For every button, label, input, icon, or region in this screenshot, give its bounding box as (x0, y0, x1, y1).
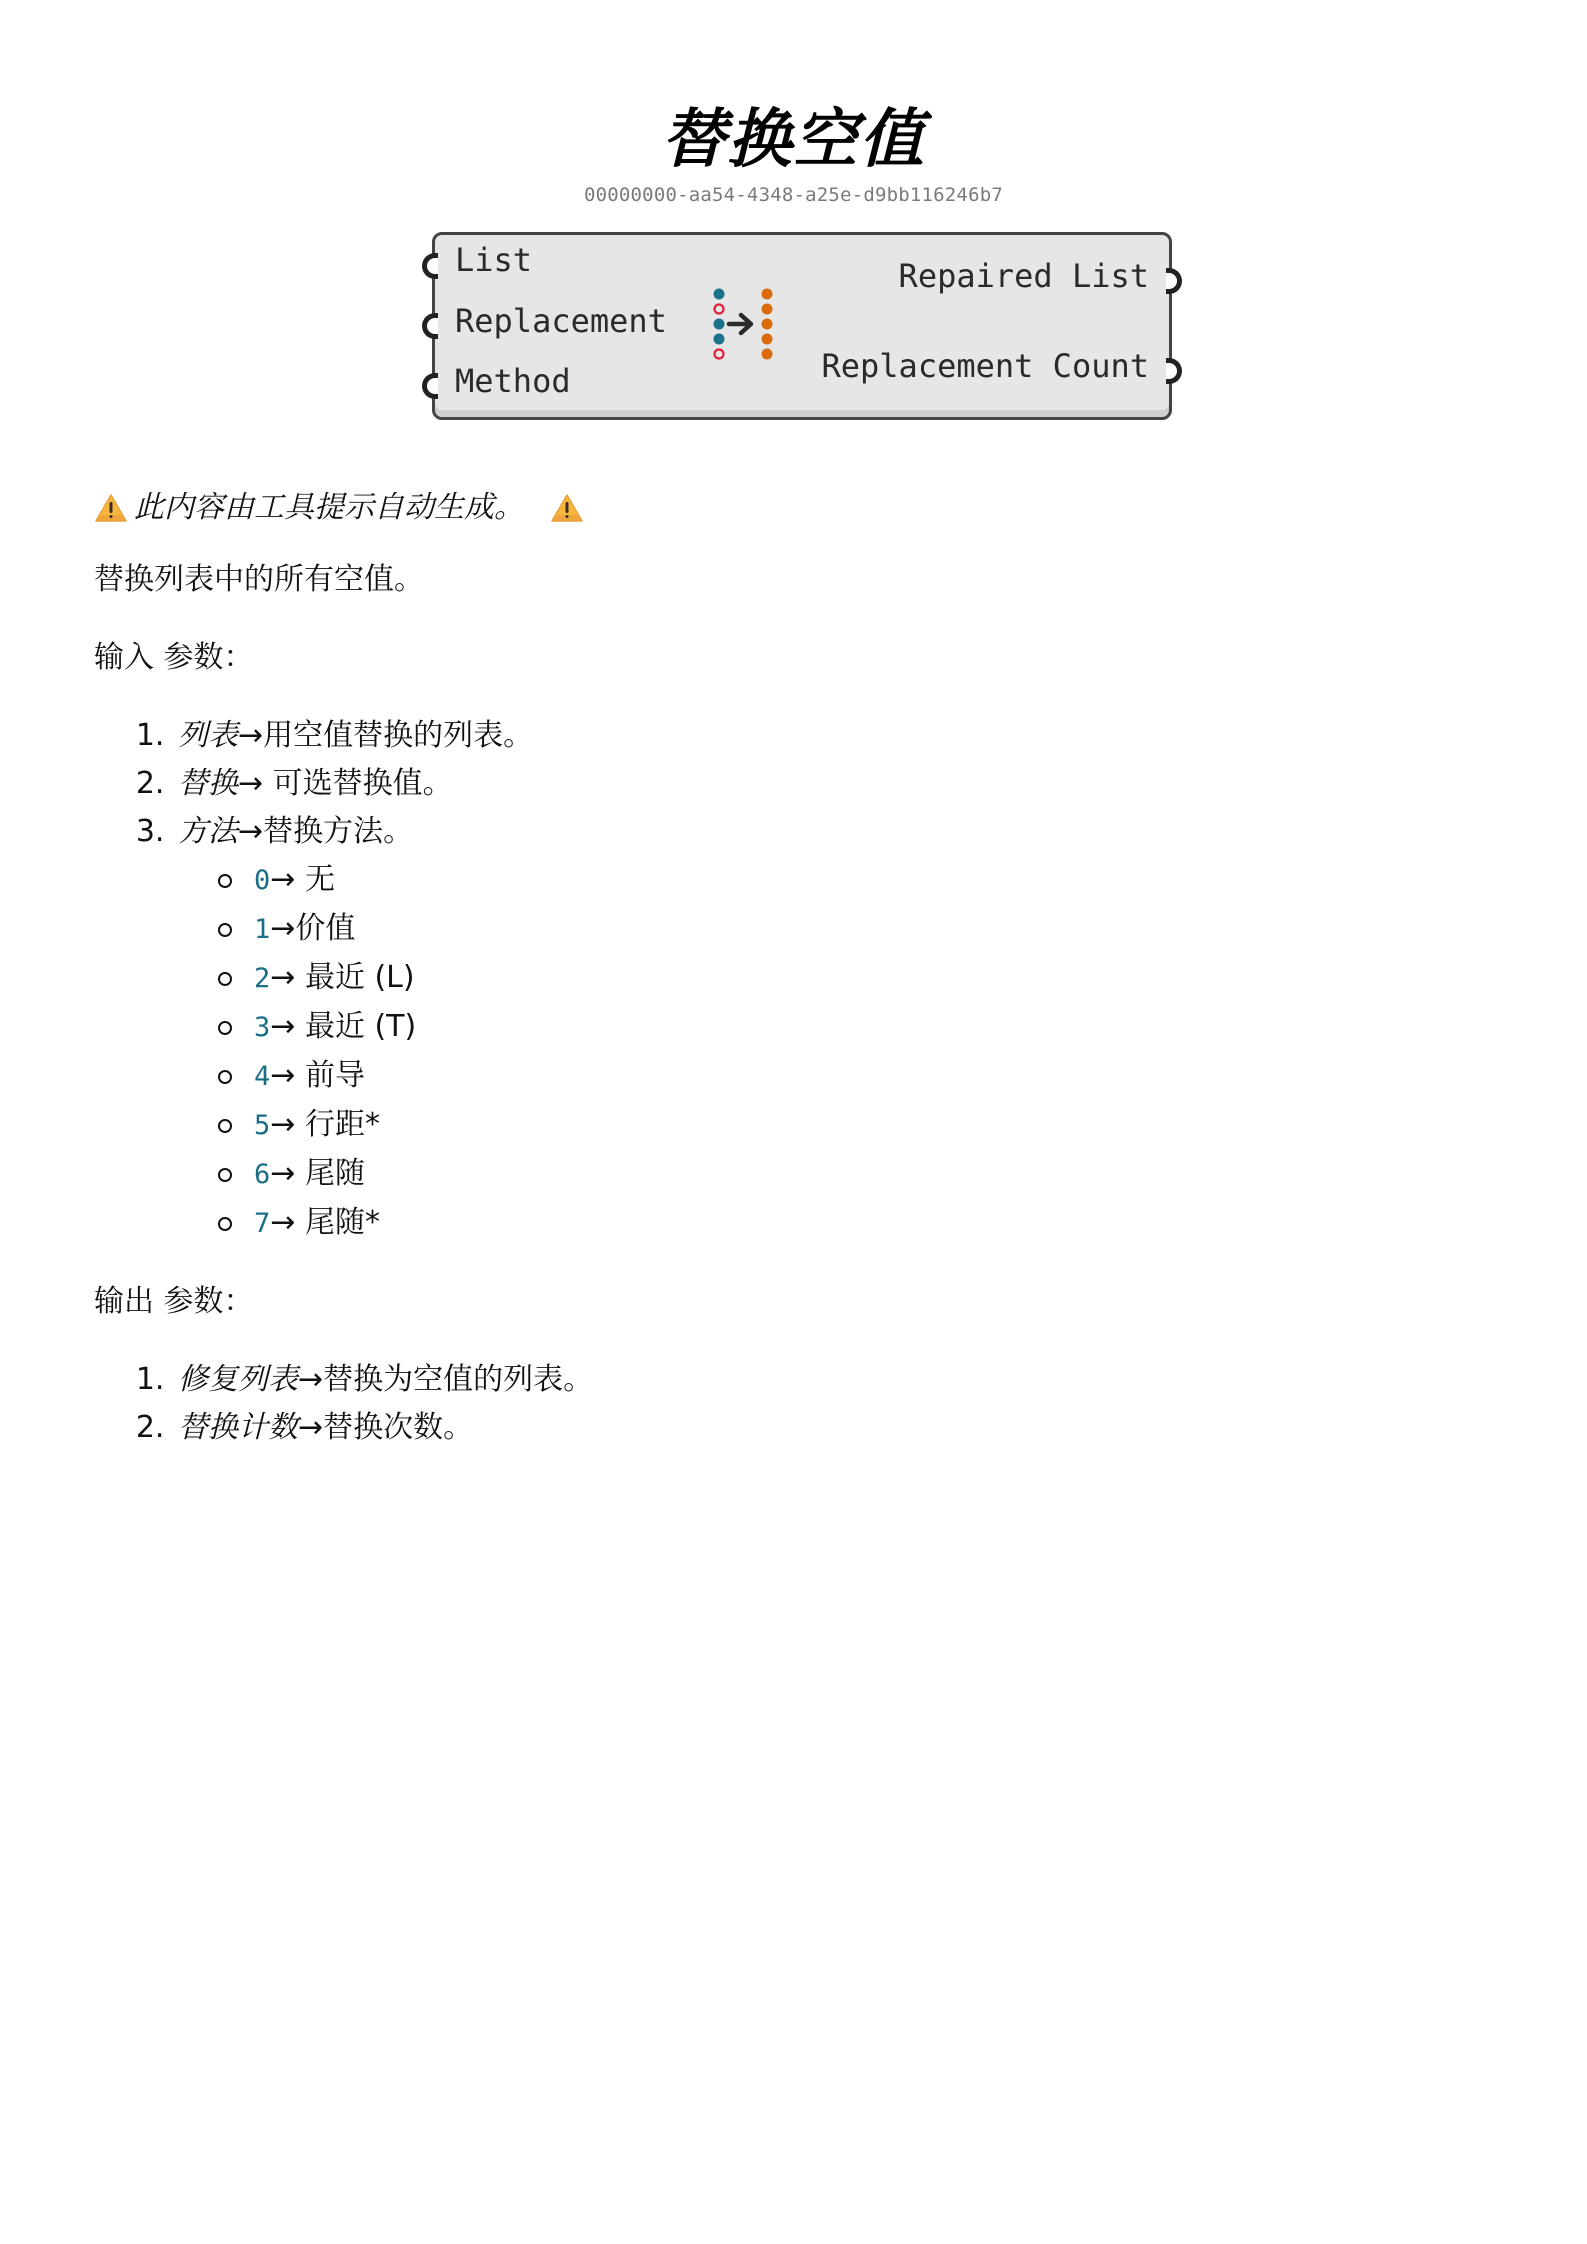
arrow: → (270, 911, 295, 946)
method-code: 7 (254, 1208, 270, 1239)
param-name: 替换 (178, 766, 238, 801)
grasshopper-component[interactable]: List Replacement Method Repaired List Re… (432, 232, 1172, 420)
input-parameter-list: 列表→用空值替换的列表。 替换→ 可选替换值。 方法→替换方法。 0→ 无 1→… (94, 712, 1494, 1248)
arrow: → (298, 1410, 323, 1445)
arrow: → (298, 1362, 323, 1397)
method-option: 5→ 行距* (218, 1101, 1494, 1150)
arrow: → (238, 766, 263, 801)
output-label-replacement-count: Replacement Count (821, 347, 1149, 385)
method-options-list: 0→ 无 1→价值 2→ 最近 (L) 3→ 最近 (T) 4→ 前导 5→ 行… (178, 856, 1494, 1248)
arrow: → (270, 862, 295, 897)
warning-icon (94, 493, 128, 523)
warning-icon (550, 493, 584, 523)
method-option: 2→ 最近 (L) (218, 954, 1494, 1003)
input-param-item: 列表→用空值替换的列表。 (174, 712, 1494, 760)
method-label: 行距* (295, 1107, 380, 1142)
method-code: 1 (254, 914, 270, 945)
param-name: 列表 (178, 718, 238, 753)
method-code: 6 (254, 1159, 270, 1190)
method-code: 3 (254, 1012, 270, 1043)
method-option: 7→ 尾随* (218, 1199, 1494, 1248)
method-code: 0 (254, 865, 270, 896)
input-grip-replacement[interactable] (422, 313, 438, 339)
method-label: 尾随* (295, 1205, 380, 1240)
arrow: → (238, 814, 263, 849)
auto-generated-notice: 此内容由工具提示自动生成。 (94, 478, 1494, 538)
arrow: → (270, 1058, 295, 1093)
method-code: 5 (254, 1110, 270, 1141)
arrow: → (238, 718, 263, 753)
input-label-method: Method (455, 362, 571, 400)
output-parameter-list: 修复列表→替换为空值的列表。 替换计数→替换次数。 (94, 1356, 1494, 1452)
output-param-item: 替换计数→替换次数。 (174, 1404, 1494, 1452)
method-label: 无 (295, 862, 335, 897)
outputs-heading: 输出 参数： (94, 1278, 1494, 1326)
arrow: → (270, 1156, 295, 1191)
param-desc: 替换次数。 (323, 1410, 473, 1445)
method-label: 价值 (295, 911, 355, 946)
arrow: → (270, 1009, 295, 1044)
param-desc: 替换为空值的列表。 (323, 1362, 593, 1397)
input-label-list: List (455, 241, 532, 279)
replace-nulls-icon (705, 285, 785, 365)
arrow: → (270, 1205, 295, 1240)
output-grip-repaired-list[interactable] (1166, 268, 1182, 294)
page-title: 替换空值 (0, 100, 1587, 180)
component-guid: 00000000-aa54-4348-a25e-d9bb116246b7 (0, 184, 1587, 206)
method-label: 最近 (L) (295, 960, 414, 995)
method-option: 6→ 尾随 (218, 1150, 1494, 1199)
method-option: 1→价值 (218, 905, 1494, 954)
component-description: 替换列表中的所有空值。 (94, 556, 1494, 604)
method-label: 最近 (T) (295, 1009, 416, 1044)
method-code: 2 (254, 963, 270, 994)
inputs-heading: 输入 参数： (94, 634, 1494, 682)
output-grip-replacement-count[interactable] (1166, 358, 1182, 384)
input-param-item: 替换→ 可选替换值。 (174, 760, 1494, 808)
method-label: 前导 (295, 1058, 365, 1093)
input-grip-method[interactable] (422, 373, 438, 399)
param-desc: 可选替换值。 (263, 766, 453, 801)
input-label-replacement: Replacement (455, 302, 667, 340)
arrow: → (270, 1107, 295, 1142)
method-option: 3→ 最近 (T) (218, 1003, 1494, 1052)
param-name: 方法 (178, 814, 238, 849)
method-code: 4 (254, 1061, 270, 1092)
output-param-item: 修复列表→替换为空值的列表。 (174, 1356, 1494, 1404)
param-name: 替换计数 (178, 1410, 298, 1445)
param-desc: 用空值替换的列表。 (263, 718, 533, 753)
method-option: 4→ 前导 (218, 1052, 1494, 1101)
method-option: 0→ 无 (218, 856, 1494, 905)
method-label: 尾随 (295, 1156, 365, 1191)
input-param-item: 方法→替换方法。 0→ 无 1→价值 2→ 最近 (L) 3→ 最近 (T) 4… (174, 808, 1494, 1248)
param-desc: 替换方法。 (263, 814, 413, 849)
notice-text: 此内容由工具提示自动生成。 (134, 484, 524, 532)
documentation-body: 此内容由工具提示自动生成。 替换列表中的所有空值。 输入 参数： 列表→用空值替… (94, 470, 1494, 1452)
param-name: 修复列表 (178, 1362, 298, 1397)
output-label-repaired-list: Repaired List (899, 257, 1149, 295)
arrow: → (270, 960, 295, 995)
input-grip-list[interactable] (422, 253, 438, 279)
